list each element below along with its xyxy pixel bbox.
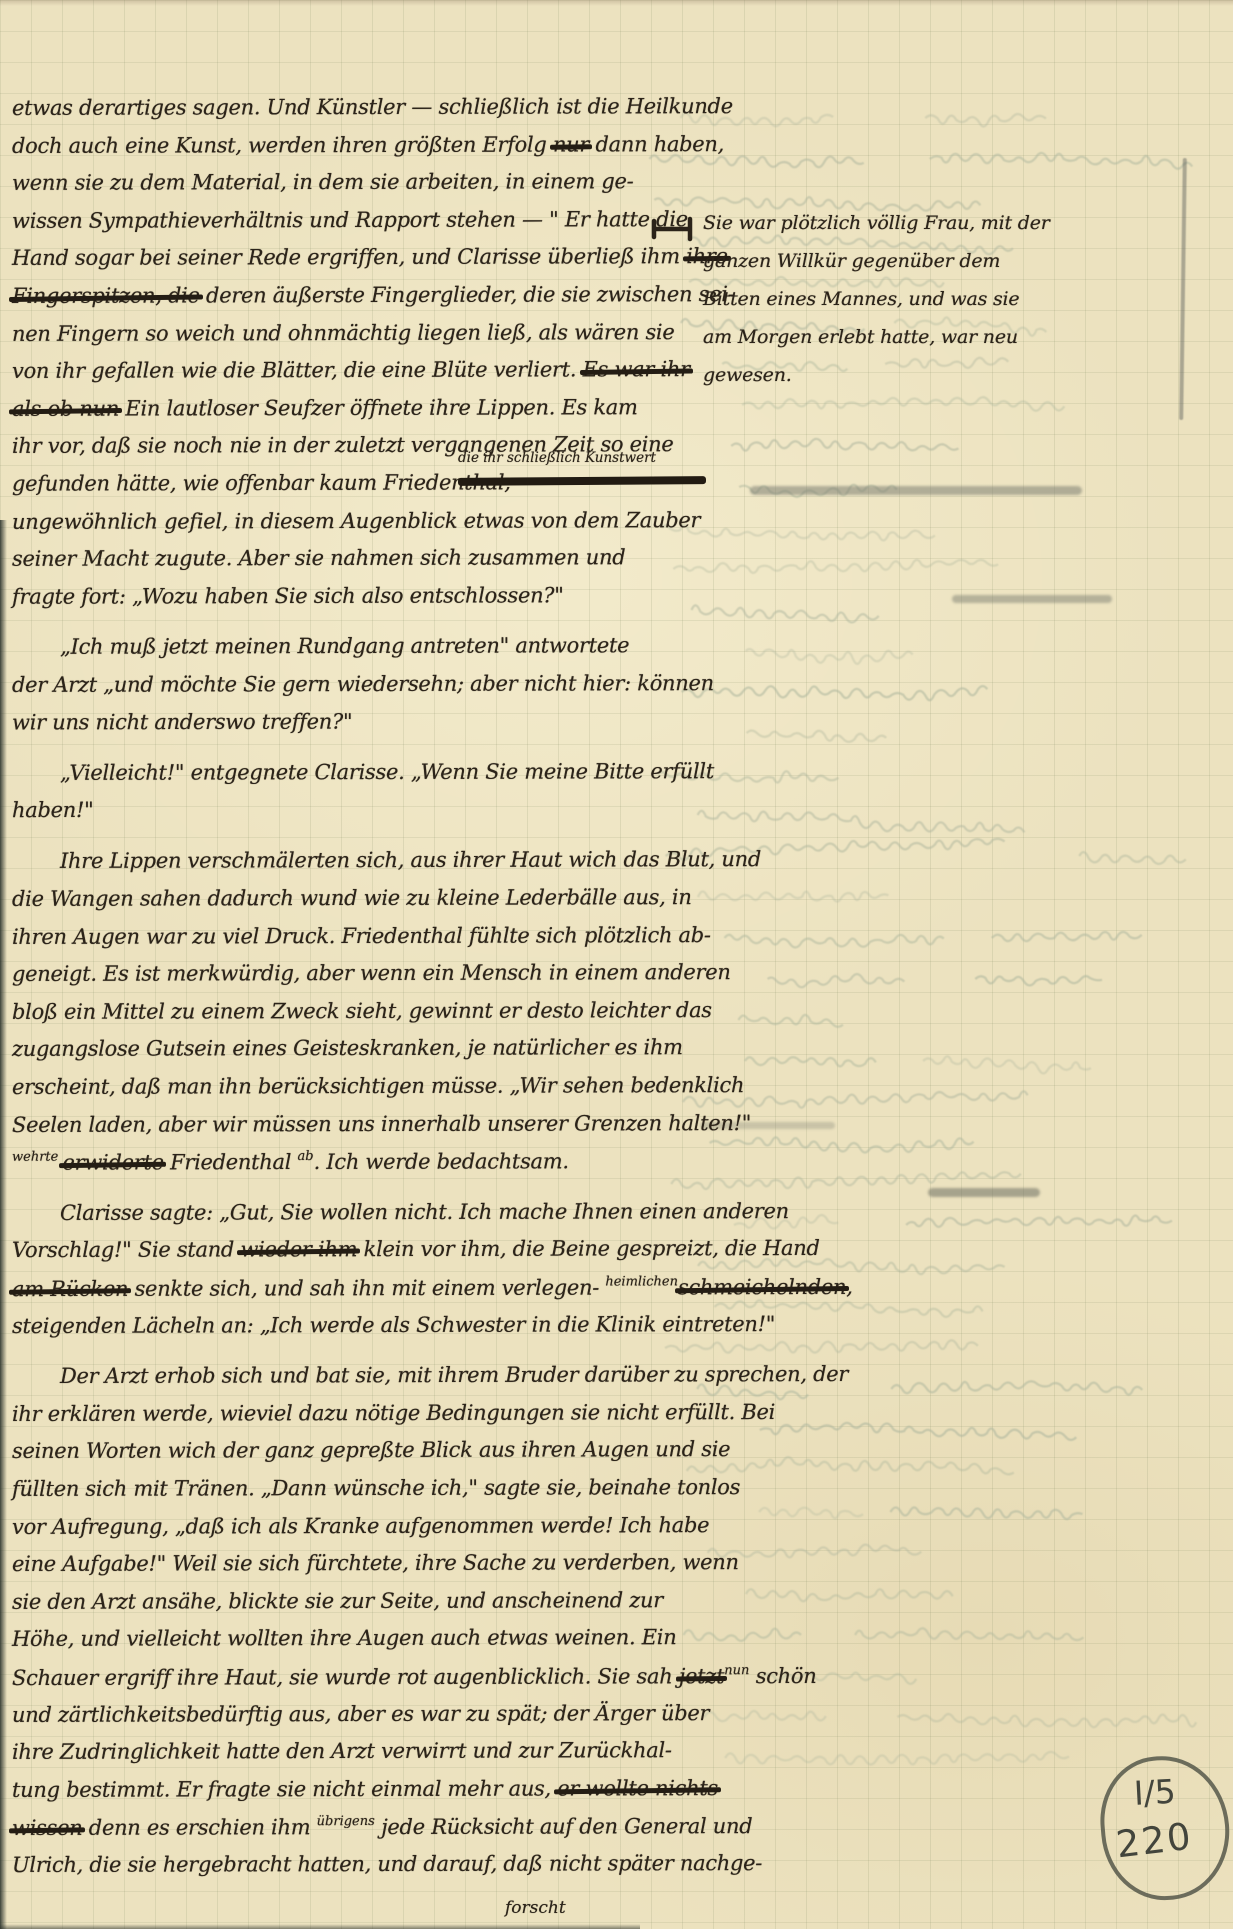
handwriting-text: geneigt. Es ist merkwürdig, aber wenn ei… — [12, 960, 731, 986]
manuscript-line: Der Arzt erhob sich und bat sie, mit ihr… — [60, 1362, 848, 1388]
handwriting-text: von ihr gefallen wie die Blätter, die ei… — [12, 358, 583, 383]
handwriting-text: Ein lautloser Seufzer öffnete ihre Lippe… — [119, 395, 638, 420]
manuscript-line: vor Aufregung, „daß ich als Kranke aufge… — [12, 1513, 709, 1539]
bleed-through-stroke — [708, 1545, 921, 1558]
handwriting-text: Friedenthal — [164, 1150, 298, 1174]
bleed-through-stroke — [684, 1629, 802, 1641]
bleed-through-stroke — [975, 976, 1102, 985]
catchword: forscht — [505, 1898, 566, 1918]
bleed-through-stroke — [704, 1711, 825, 1721]
handwriting-text: Vorschlag!" Sie stand — [12, 1238, 240, 1263]
handwriting-text: wissen Sympathieverhältnis und Rapport s… — [12, 207, 688, 233]
ink-smudge — [750, 486, 1082, 495]
handwriting-text: zugangslose Gutsein eines Geisteskranken… — [12, 1036, 683, 1062]
bleed-through-stroke — [697, 1384, 808, 1399]
bleed-through-stroke — [673, 560, 998, 573]
bleed-through-stroke — [747, 731, 887, 742]
handwriting-text: „Ich muß jetzt meinen Rundgang antreten"… — [60, 634, 629, 659]
handwriting-text: und zärtlichkeitsbedürftig aus, aber es … — [12, 1701, 709, 1727]
manuscript-line: Vorschlag!" Sie stand wieder ihm klein v… — [12, 1236, 820, 1262]
bleed-through-stroke — [906, 1216, 1172, 1227]
manuscript-line: steigenden Lächeln an: „Ich werde als Sc… — [12, 1312, 775, 1338]
manuscript-line: Ulrich, die sie hergebracht hatten, und … — [12, 1851, 762, 1877]
handwriting-text: tung bestimmt. Er fragte sie nicht einma… — [12, 1776, 557, 1801]
handwriting-text: nen Fingern so weich und ohnmächtig lieg… — [12, 320, 675, 346]
manuscript-line: gefunden hätte, wie offenbar kaum Friede… — [12, 470, 511, 495]
struck-text: erwiderte — [62, 1151, 163, 1175]
stamp-page-number: 220 — [1114, 1814, 1195, 1866]
insertion-mark-icon — [650, 216, 696, 242]
handwriting-text: schön — [749, 1664, 816, 1688]
manuscript-line: seinen Worten wich der ganz gepreßte Bli… — [12, 1437, 730, 1463]
manuscript-line: wissen denn es erschien ihm übrigens jed… — [12, 1813, 752, 1840]
bleed-through-stroke — [855, 1628, 1083, 1640]
ink-smudge — [952, 595, 1112, 603]
handwriting-text: seinen Worten wich der ganz gepreßte Bli… — [12, 1437, 730, 1463]
manuscript-line: Ihre Lippen verschmälerten sich, aus ihr… — [60, 847, 761, 873]
struck-text: schmeichelnden — [678, 1275, 846, 1299]
handwriting-text: füllten sich mit Tränen. „Dann wünsche i… — [12, 1475, 740, 1501]
handwriting-text: bloß ein Mittel zu einem Zweck sieht, ge… — [12, 998, 712, 1024]
bleed-through-stroke — [759, 1508, 863, 1518]
handwriting-text: Höhe, und vielleicht wollten ihre Augen … — [12, 1626, 676, 1652]
bleed-through-stroke — [1079, 852, 1185, 864]
bleed-through-stroke — [698, 1259, 1005, 1274]
bleed-through-stroke — [891, 1507, 1083, 1519]
manuscript-line: von ihr gefallen wie die Blätter, die ei… — [12, 357, 690, 383]
bleed-through-stroke — [923, 1056, 1091, 1073]
manuscript-line: „Ich muß jetzt meinen Rundgang antreten"… — [60, 634, 629, 659]
struck-text: Es war ihr — [583, 357, 690, 381]
handwriting-text: ihr erklären werde, wieviel dazu nötige … — [12, 1400, 775, 1426]
interlinear-word: nun — [724, 1663, 749, 1678]
bleed-through-stroke — [687, 1457, 1014, 1474]
bleed-through-stroke — [898, 1714, 1197, 1727]
handwriting-text: haben!" — [12, 798, 94, 822]
scan-edge-shadow — [0, 1924, 640, 1929]
manuscript-line: und zärtlichkeitsbedürftig aus, aber es … — [12, 1701, 709, 1727]
manuscript-line: fragte fort: „Wozu haben Sie sich also e… — [12, 583, 564, 608]
manuscript-line: sie den Arzt ansähe, blickte sie zur Sei… — [12, 1588, 663, 1614]
struck-text: wieder ihm — [240, 1238, 357, 1262]
bleed-through-stroke — [925, 114, 1046, 126]
handwriting-text: die Wangen sahen dadurch wund wie zu kle… — [12, 885, 692, 911]
handwriting-text: eine Aufgabe!" Weil sie sich fürchtete, … — [12, 1550, 739, 1576]
manuscript-line: tung bestimmt. Er fragte sie nicht einma… — [12, 1776, 718, 1802]
handwriting-text: jede Rücksicht auf den General und — [375, 1814, 753, 1839]
handwriting-text: Ulrich, die sie hergebracht hatten, und … — [12, 1851, 762, 1877]
strikethrough-bar — [458, 476, 706, 486]
bleed-through-stroke — [698, 811, 1025, 832]
bleed-through-stroke — [992, 932, 1142, 941]
handwriting-text: deren äußerste Fingerglieder, die sie zw… — [200, 282, 735, 307]
manuscript-page: etwas derartiges sagen. Und Künstler — s… — [0, 0, 1233, 1929]
handwriting-text: Schauer ergriff ihre Haut, sie wurde rot… — [12, 1664, 679, 1690]
handwriting-text: fragte fort: „Wozu haben Sie sich also e… — [12, 583, 564, 608]
handwriting-text: denn es erschien ihm — [82, 1816, 316, 1841]
handwriting-text: Seelen laden, aber wir müssen uns innerh… — [12, 1111, 751, 1137]
bleed-through-stroke — [746, 1589, 953, 1601]
scan-edge-shadow — [0, 0, 1233, 6]
struck-text: jetzt — [679, 1664, 724, 1688]
struck-text: Fingerspitzen, die — [12, 283, 200, 307]
marginal-note-line: Sie war plötzlich völlig Frau, mit der — [703, 212, 1050, 234]
handwriting-text: dann haben, — [589, 132, 724, 156]
handwriting-text: ihre Zudringlichkeit hatte den Arzt verw… — [12, 1738, 672, 1764]
manuscript-line: seiner Macht zugute. Aber sie nahmen sic… — [12, 545, 625, 571]
manuscript-line: zugangslose Gutsein eines Geisteskranken… — [12, 1036, 683, 1062]
handwriting-text: „Vielleicht!" entgegnete Clarisse. „Wenn… — [60, 759, 714, 785]
manuscript-line: füllten sich mit Tränen. „Dann wünsche i… — [12, 1475, 740, 1501]
stamp-signature: I/5 — [1133, 1772, 1177, 1813]
manuscript-line: die Wangen sahen dadurch wund wie zu kle… — [12, 885, 692, 911]
marginal-note-line: am Morgen erlebt hatte, war neu — [703, 326, 1018, 348]
manuscript-line: ihren Augen war zu viel Druck. Friedenth… — [12, 923, 711, 949]
manuscript-line: ihre Zudringlichkeit hatte den Arzt verw… — [12, 1738, 672, 1764]
bleed-through-stroke — [891, 1381, 1142, 1394]
scan-edge-shadow — [0, 520, 7, 1929]
handwriting-text: gefunden hätte, wie offenbar kaum Friede… — [12, 470, 511, 495]
struck-text: als ob nun — [12, 396, 119, 420]
manuscript-line: wenn sie zu dem Material, in dem sie arb… — [12, 169, 633, 195]
handwriting-text: Hand sogar bei seiner Rede ergriffen, un… — [12, 245, 686, 271]
bleed-through-stroke — [746, 649, 913, 664]
manuscript-line: Fingerspitzen, die deren äußerste Finger… — [12, 282, 734, 308]
interlinear-word: wehrte — [12, 1150, 63, 1165]
handwriting-text: wir uns nicht anderswo treffen?" — [12, 709, 352, 734]
handwriting-text: erscheint, daß man ihn berücksichtigen m… — [12, 1073, 744, 1099]
manuscript-line: Clarisse sagte: „Gut, Sie wollen nicht. … — [60, 1199, 789, 1225]
bleed-through-stroke — [725, 935, 944, 948]
interlinear-word: übrigens — [317, 1814, 375, 1829]
handwriting-text: wenn sie zu dem Material, in dem sie arb… — [12, 169, 633, 195]
manuscript-line: haben!" — [12, 798, 94, 822]
manuscript-line: etwas derartiges sagen. Und Künstler — s… — [12, 94, 733, 120]
handwriting-text: seiner Macht zugute. Aber sie nahmen sic… — [12, 545, 625, 571]
manuscript-line: ihr erklären werde, wieviel dazu nötige … — [12, 1400, 775, 1426]
bleed-through-stroke — [739, 1015, 843, 1027]
manuscript-line: Seelen laden, aber wir müssen uns innerh… — [12, 1111, 751, 1137]
marginal-note-line: Bitten eines Mannes, und was sie — [703, 288, 1019, 310]
handwriting-text: Clarisse sagte: „Gut, Sie wollen nicht. … — [60, 1199, 789, 1225]
manuscript-line: der Arzt „und möchte Sie gern wiedersehn… — [12, 671, 714, 697]
handwriting-text: . Ich werde bedachtsam. — [314, 1149, 569, 1174]
bleed-through-stroke — [742, 397, 1064, 411]
manuscript-line: „Vielleicht!" entgegnete Clarisse. „Wenn… — [60, 759, 714, 785]
manuscript-line: bloß ein Mittel zu einem Zweck sieht, ge… — [12, 998, 712, 1024]
struck-text: wissen — [12, 1816, 82, 1840]
ink-smudge — [928, 1188, 1040, 1197]
bleed-through-stroke — [760, 1423, 1076, 1440]
bleed-through-stroke — [725, 1752, 1069, 1765]
handwriting-text: vor Aufregung, „daß ich als Kranke aufge… — [12, 1513, 709, 1539]
bleed-through-stroke — [671, 1172, 1020, 1189]
handwriting-text: der Arzt „und möchte Sie gern wiedersehn… — [12, 671, 714, 697]
struck-text: nur — [553, 132, 589, 156]
bleed-through-stroke — [650, 155, 864, 167]
handwriting-text: Der Arzt erhob sich und bat sie, mit ihr… — [60, 1362, 848, 1388]
handwriting-text: etwas derartiges sagen. Und Künstler — s… — [12, 94, 733, 120]
handwriting-text: ihren Augen war zu viel Druck. Friedenth… — [12, 923, 711, 949]
bleed-through-stroke — [745, 1057, 876, 1066]
marginal-note-line: ganzen Willkür gegenüber dem — [703, 250, 1000, 272]
manuscript-line: wehrte erwiderte Friedenthal ab. Ich wer… — [12, 1148, 569, 1174]
struck-text: er wollte nichts — [557, 1776, 718, 1800]
manuscript-line: als ob nun Ein lautloser Seufzer öffnete… — [12, 395, 638, 421]
handwriting-text: klein vor ihm, die Beine gespreizt, die … — [357, 1236, 819, 1261]
bleed-through-stroke — [665, 1340, 978, 1352]
handwriting-text: senkte sich, und sah ihn mit einem verle… — [128, 1276, 605, 1301]
manuscript-line: Hand sogar bei seiner Rede ergriffen, un… — [12, 244, 728, 270]
bleed-through-stroke — [731, 439, 958, 451]
manuscript-line: Höhe, und vielleicht wollten ihre Augen … — [12, 1626, 676, 1652]
manuscript-line: am Rücken senkte sich, und sah ihn mit e… — [12, 1274, 853, 1301]
manuscript-line: Schauer ergriff ihre Haut, sie wurde rot… — [12, 1663, 817, 1690]
manuscript-line: geneigt. Es ist merkwürdig, aber wenn ei… — [12, 960, 731, 986]
bleed-through-stroke — [768, 974, 905, 987]
bleed-through-stroke — [698, 892, 888, 902]
marginal-note-line: gewesen. — [703, 364, 792, 386]
manuscript-line: wissen Sympathieverhältnis und Rapport s… — [12, 207, 688, 233]
handwriting-text: sie den Arzt ansähe, blickte sie zur Sei… — [12, 1588, 663, 1614]
manuscript-line: erscheint, daß man ihn berücksichtigen m… — [12, 1073, 744, 1099]
manuscript-line: nen Fingern so weich und ohnmächtig lieg… — [12, 320, 675, 346]
handwriting-text: ungewöhnlich gefiel, in diesem Augenblic… — [12, 508, 700, 534]
manuscript-line: doch auch eine Kunst, werden ihren größt… — [12, 132, 724, 158]
interlinear-word: heimlichen — [605, 1274, 678, 1289]
bleed-through-stroke — [662, 525, 935, 540]
bleed-through-stroke — [930, 153, 1192, 169]
handwriting-text: Ihre Lippen verschmälerten sich, aus ihr… — [60, 847, 761, 873]
interlinear-word: ab — [297, 1149, 313, 1164]
handwriting-text: doch auch eine Kunst, werden ihren größt… — [12, 132, 553, 157]
bleed-through-stroke — [710, 1137, 974, 1152]
bleed-through-stroke — [692, 605, 879, 622]
manuscript-line: eine Aufgabe!" Weil sie sich fürchtete, … — [12, 1550, 739, 1576]
handwriting-text: steigenden Lächeln an: „Ich werde als Sc… — [12, 1312, 775, 1338]
manuscript-line: wir uns nicht anderswo treffen?" — [12, 709, 352, 734]
struck-text: am Rücken — [12, 1277, 128, 1301]
bleed-through-stroke — [682, 686, 988, 700]
bleed-through-stroke — [885, 358, 1008, 368]
bleed-through-stroke — [654, 197, 980, 211]
manuscript-line: ungewöhnlich gefiel, in diesem Augenblic… — [12, 508, 700, 534]
interlinear-insertion: die ihr schließlich Kunstwert — [458, 450, 656, 466]
